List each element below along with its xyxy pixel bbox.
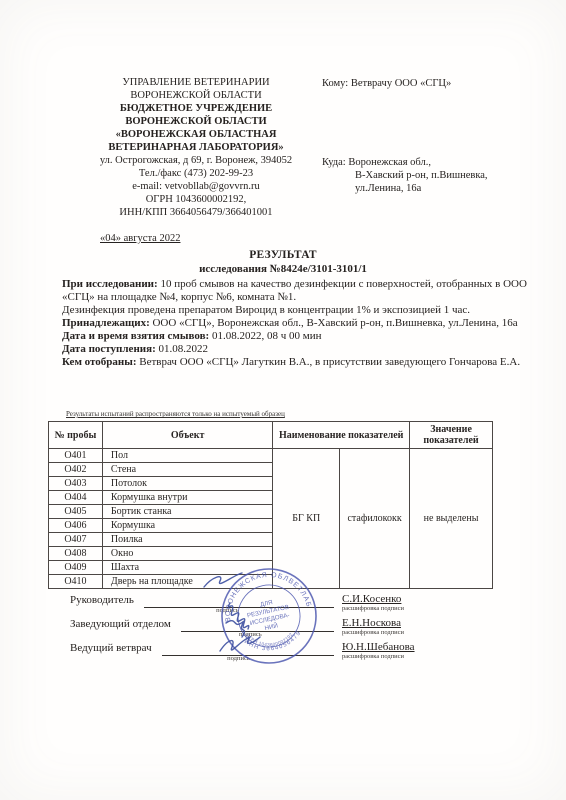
org-line: БЮДЖЕТНОЕ УЧРЕЖДЕНИЕ bbox=[58, 102, 334, 115]
org-line: ОГРН 1043600002192, bbox=[58, 193, 334, 206]
destination-line: В-Хавский р-он, п.Вишневка, bbox=[322, 169, 542, 182]
body-paragraph: Дезинфекция проведена препаратом Вироцид… bbox=[62, 304, 534, 317]
ink-stroke-hatch bbox=[226, 621, 245, 637]
recipient-label: Кому: bbox=[322, 78, 348, 89]
signature-name-caption: расшифровка подписи bbox=[342, 629, 470, 637]
org-name-block: УПРАВЛЕНИЕ ВЕТЕРИНАРИИВОРОНЕЖСКОЙ ОБЛАСТ… bbox=[58, 76, 334, 219]
destination-text: В-Хавский р-он, п.Вишневка, bbox=[355, 170, 488, 181]
signature-role: Ведущий ветврач bbox=[70, 640, 152, 654]
org-line: e-mail: vetvobllab@govvrn.ru bbox=[58, 180, 334, 193]
destination-line: ул.Ленина, 16а bbox=[322, 182, 542, 195]
body-paragraph: Кем отобраны: Ветврач ООО «СГЦ» Лагуткин… bbox=[62, 356, 534, 369]
cell-sample-number: О403 bbox=[49, 477, 103, 491]
paragraph-label: Дата и время взятия смывов: bbox=[62, 330, 209, 342]
header-indicator-value: Значение показателей bbox=[410, 422, 493, 449]
table-row: О401ПолБГ КПстафилококкне выделены bbox=[49, 449, 493, 463]
signature-role: Руководитель bbox=[70, 592, 134, 606]
cell-sample-number: О407 bbox=[49, 533, 103, 547]
cell-sample-number: О410 bbox=[49, 575, 103, 589]
table-header-row: № пробы Объект Наименование показателей … bbox=[49, 422, 493, 449]
paragraph-label: Кем отобраны: bbox=[62, 356, 137, 368]
cell-sample-number: О408 bbox=[49, 547, 103, 561]
paragraph-label: При исследовании: bbox=[62, 278, 158, 290]
cell-value: не выделены bbox=[410, 449, 493, 589]
body-paragraphs: При исследовании: 10 проб смывов на каче… bbox=[62, 278, 534, 369]
paragraph-text: 01.08.2022, 08 ч 00 мин bbox=[209, 330, 321, 342]
signature-ink bbox=[190, 565, 320, 675]
org-line: ул. Острогожская, д 69, г. Воронеж, 3940… bbox=[58, 154, 334, 167]
cell-object: Потолок bbox=[102, 477, 272, 491]
destination-block: Куда: Воронежская обл.,В-Хавский р-он, п… bbox=[322, 156, 542, 195]
document-subtitle: исследования №8424е/3101-3101/1 bbox=[0, 263, 566, 275]
signature-name: Е.Н.Носкова bbox=[342, 616, 470, 629]
org-line: Тел./факс (473) 202-99-23 bbox=[58, 167, 334, 180]
recipient-value: Ветврачу ООО «СГЦ» bbox=[351, 78, 451, 89]
signature-name-caption: расшифровка подписи bbox=[342, 605, 470, 613]
document-page: УПРАВЛЕНИЕ ВЕТЕРИНАРИИВОРОНЕЖСКОЙ ОБЛАСТ… bbox=[0, 0, 566, 800]
signature-name-block: С.И.Косенкорасшифровка подписи bbox=[342, 592, 470, 613]
body-paragraph: При исследовании: 10 проб смывов на каче… bbox=[62, 278, 534, 304]
signature-name-caption: расшифровка подписи bbox=[342, 653, 470, 661]
cell-sample-number: О406 bbox=[49, 519, 103, 533]
paragraph-text: Ветврач ООО «СГЦ» Лагуткин В.А., в прису… bbox=[137, 356, 521, 368]
paragraph-text: 01.08.2022 bbox=[156, 343, 208, 355]
body-paragraph: Принадлежащих: ООО «СГЦ», Воронежская об… bbox=[62, 317, 534, 330]
cell-sample-number: О401 bbox=[49, 449, 103, 463]
paragraph-text: ООО «СГЦ», Воронежская обл., В-Хавский р… bbox=[150, 317, 518, 329]
paragraph-label: Дата поступления: bbox=[62, 343, 156, 355]
signature-name: С.И.Косенко bbox=[342, 592, 470, 605]
cell-object: Стена bbox=[102, 463, 272, 477]
signature-name-block: Е.Н.Носковарасшифровка подписи bbox=[342, 616, 470, 637]
destination-text: Воронежская обл., bbox=[348, 157, 431, 168]
cell-object: Кормушка внутри bbox=[102, 491, 272, 505]
ink-stroke-top bbox=[204, 573, 242, 587]
org-line: «ВОРОНЕЖСКАЯ ОБЛАСТНАЯ bbox=[58, 128, 334, 141]
cell-sample-number: О404 bbox=[49, 491, 103, 505]
org-line: ВОРОНЕЖСКОЙ ОБЛАСТИ bbox=[58, 89, 334, 102]
cell-object: Пол bbox=[102, 449, 272, 463]
body-paragraph: Дата поступления: 01.08.2022 bbox=[62, 343, 534, 356]
table-note: Результаты испытаний распространяются то… bbox=[66, 410, 285, 418]
destination-label: Куда: bbox=[322, 157, 348, 168]
org-line: ВЕТЕРИНАРНАЯ ЛАБОРАТОРИЯ» bbox=[58, 141, 334, 154]
document-title: РЕЗУЛЬТАТ bbox=[0, 249, 566, 261]
signature-role: Заведующий отделом bbox=[70, 616, 171, 630]
org-line: ВОРОНЕЖСКОЙ ОБЛАСТИ bbox=[58, 115, 334, 128]
header-sample-number: № пробы bbox=[49, 422, 103, 449]
cell-sample-number: О409 bbox=[49, 561, 103, 575]
body-paragraph: Дата и время взятия смывов: 01.08.2022, … bbox=[62, 330, 534, 343]
signature-name-block: Ю.Н.Шебановарасшифровка подписи bbox=[342, 640, 470, 661]
cell-indicator-2: стафилококк bbox=[340, 449, 410, 589]
cell-object: Кормушка bbox=[102, 519, 272, 533]
header-indicator-name: Наименование показателей bbox=[273, 422, 410, 449]
cell-sample-number: О405 bbox=[49, 505, 103, 519]
destination-line: Куда: Воронежская обл., bbox=[322, 156, 542, 169]
ink-stroke-middle bbox=[228, 603, 249, 629]
document-date: «04» августа 2022 bbox=[100, 233, 180, 244]
paragraph-text: Дезинфекция проведена препаратом Вироцид… bbox=[62, 304, 470, 316]
destination-text: ул.Ленина, 16а bbox=[355, 183, 421, 194]
cell-sample-number: О402 bbox=[49, 463, 103, 477]
signature-name: Ю.Н.Шебанова bbox=[342, 640, 470, 653]
org-line: УПРАВЛЕНИЕ ВЕТЕРИНАРИИ bbox=[58, 76, 334, 89]
header-object: Объект bbox=[102, 422, 272, 449]
paragraph-label: Принадлежащих: bbox=[62, 317, 150, 329]
recipient-block: Кому: Ветврачу ООО «СГЦ» bbox=[322, 77, 542, 90]
cell-object: Бортик станка bbox=[102, 505, 272, 519]
ink-stroke-bottom bbox=[220, 637, 260, 651]
org-line: ИНН/КПП 3664056479/366401001 bbox=[58, 206, 334, 219]
